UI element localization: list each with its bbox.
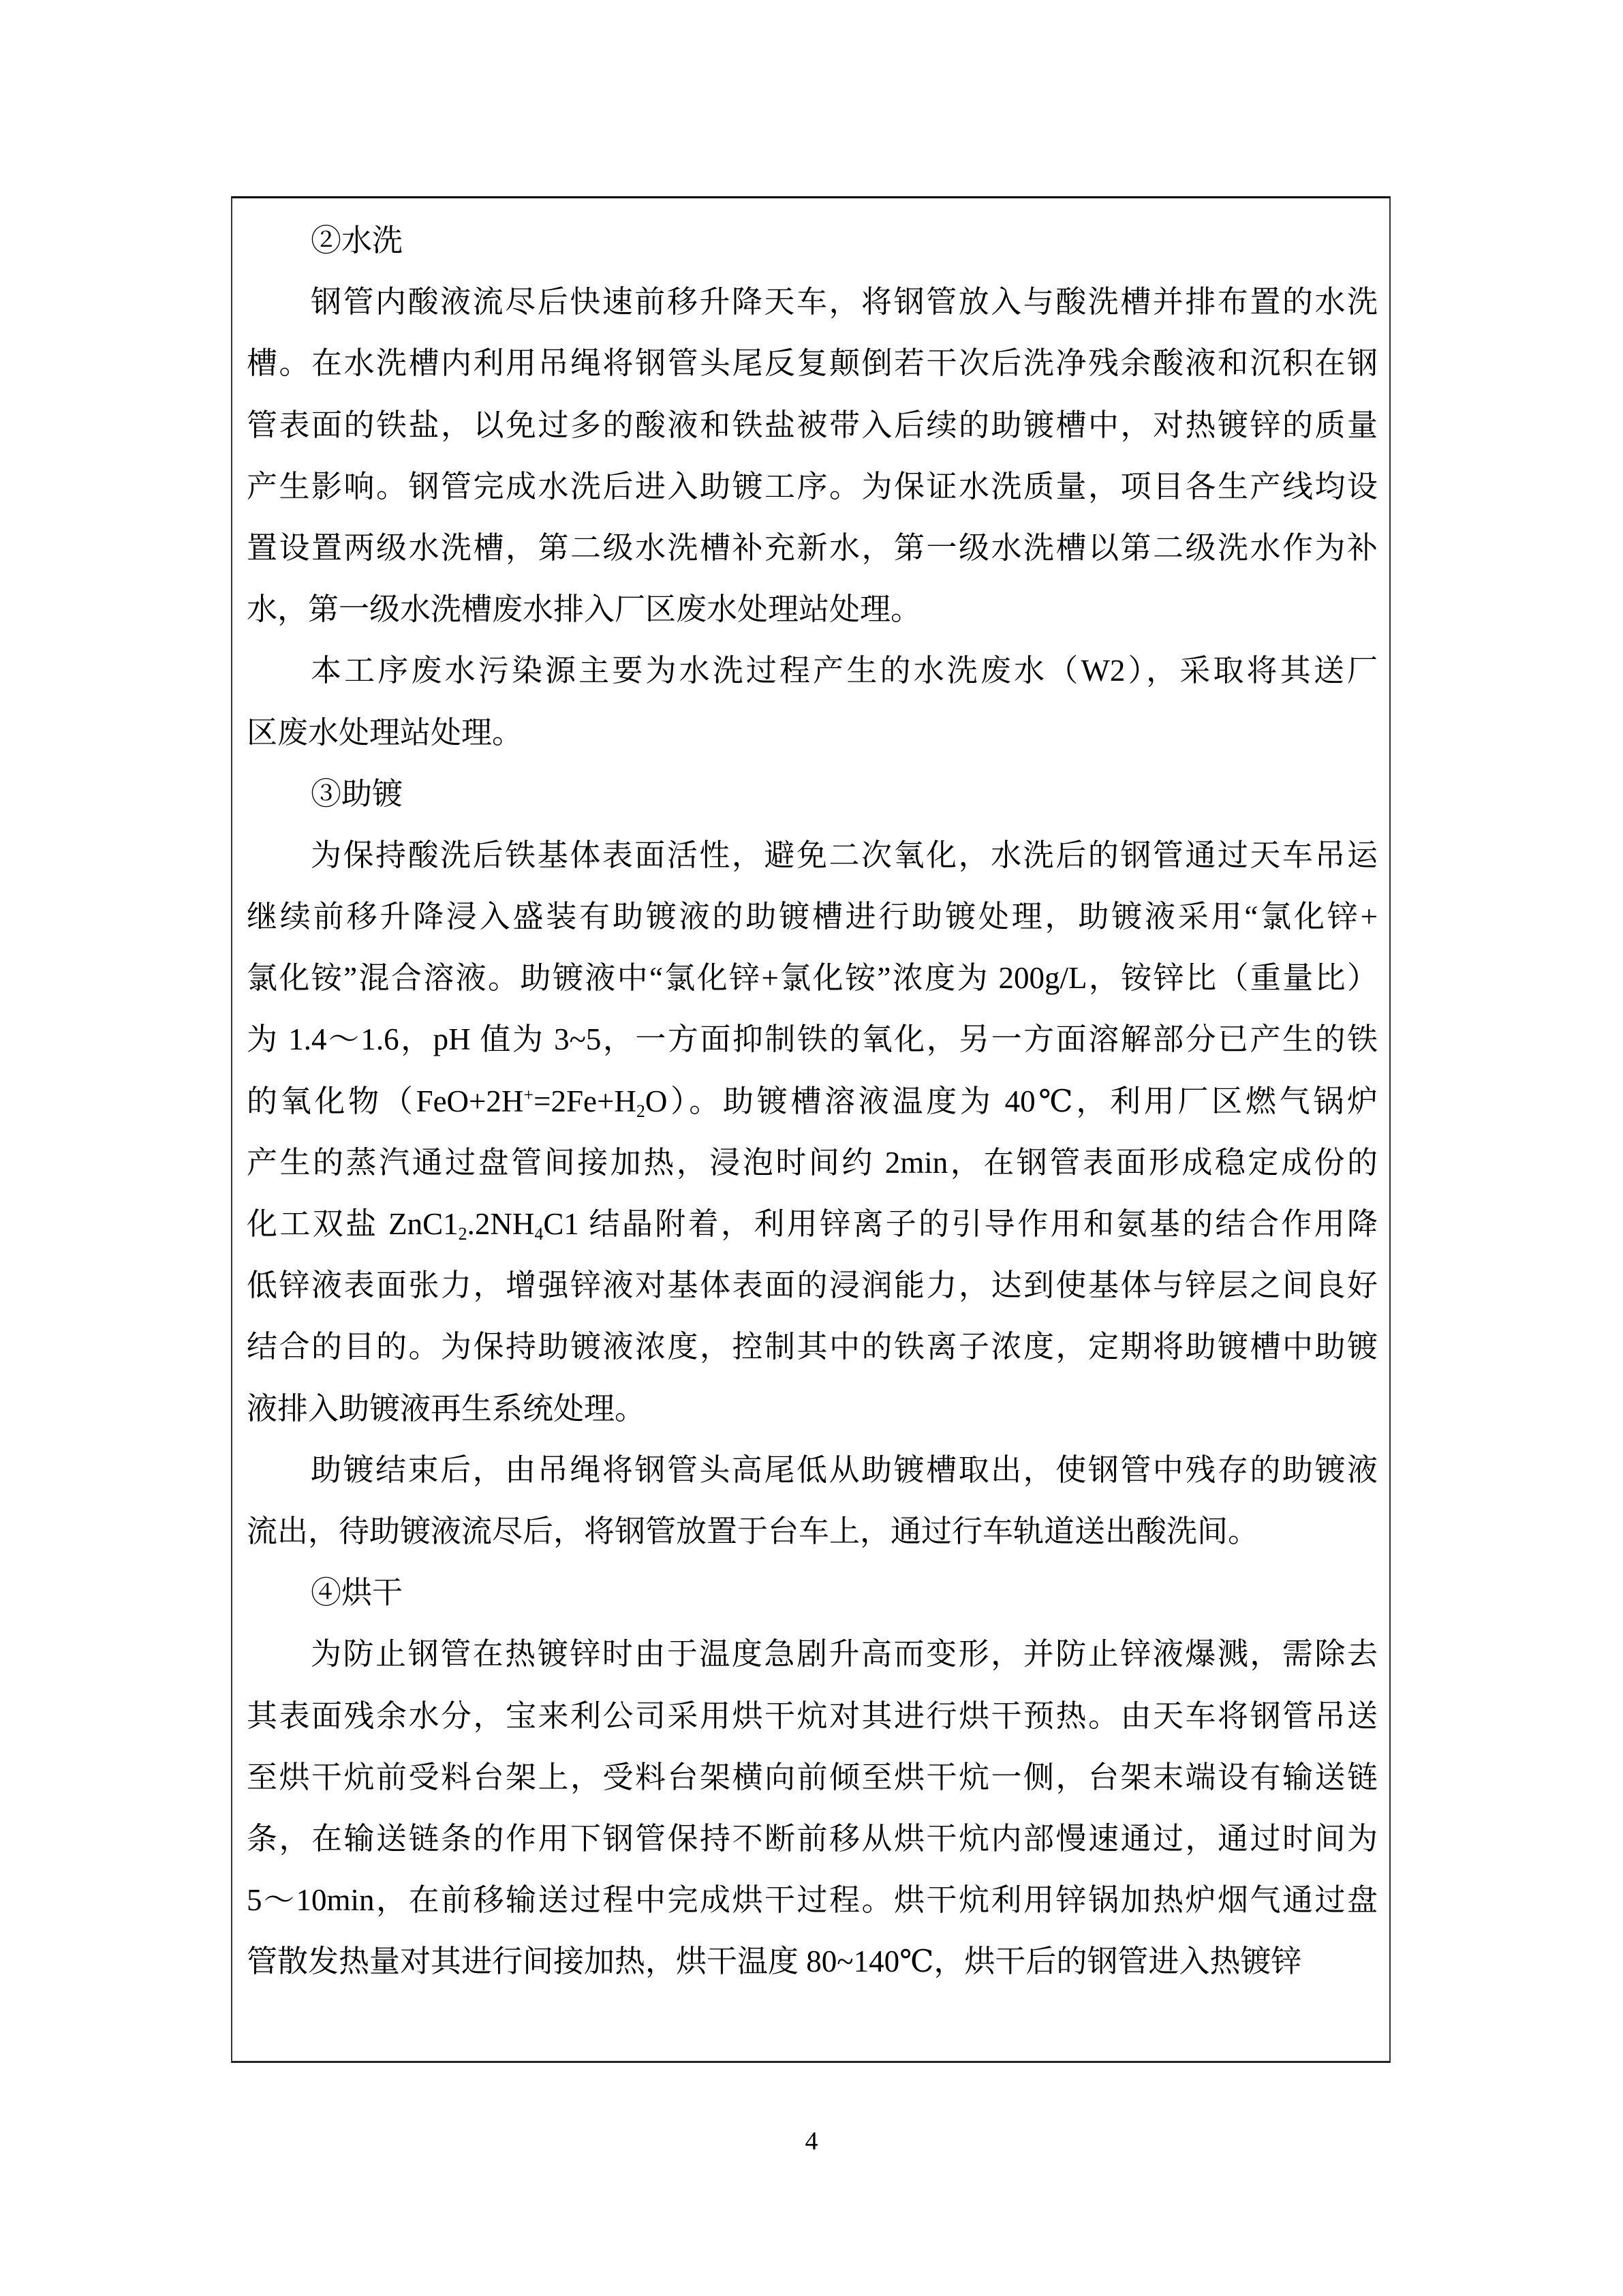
paragraph-line: 液排入助镀液再生系统处理。 bbox=[247, 1388, 1378, 1449]
paragraph-line: 氯化铵”混合溶液。助镀液中“氯化锌+氯化铵”浓度为 200g/L，铵锌比（重量比… bbox=[247, 957, 1378, 1018]
text-run: 的氧化物（FeO+2H bbox=[247, 1084, 523, 1118]
text-run: 助镀结束后，由吊绳将钢管头高尾低从助镀槽取出，使钢管中残存的助镀液 bbox=[311, 1453, 1378, 1487]
paragraph-line: 为保持酸洗后铁基体表面活性，避免二次氧化，水洗后的钢管通过天车吊运 bbox=[247, 834, 1378, 896]
subscript-text: 2 bbox=[459, 1224, 467, 1244]
paragraph-line: 化工双盐 ZnC12.2NH4C1 结晶附着，利用锌离子的引导作用和氨基的结合作… bbox=[247, 1203, 1378, 1264]
text-run: 槽。在水洗槽内利用吊绳将钢管头尾反复颠倒若干次后洗净残余酸液和沉积在钢 bbox=[247, 346, 1378, 380]
text-run: 置设置两级水洗槽，第二级水洗槽补充新水，第一级水洗槽以第二级洗水作为补 bbox=[247, 531, 1378, 565]
text-run: 钢管内酸液流尽后快速前移升降天车，将钢管放入与酸洗槽并排布置的水洗 bbox=[311, 285, 1378, 319]
text-run: 为 1.4～1.6，pH 值为 3~5，一方面抑制铁的氧化，另一方面溶解部分已产… bbox=[247, 1022, 1378, 1056]
text-run: =2Fe+H bbox=[534, 1084, 636, 1118]
paragraph-line: 低锌液表面张力，增强锌液对基体表面的浸润能力，达到使基体与锌层之间良好 bbox=[247, 1264, 1378, 1326]
paragraph-line: 槽。在水洗槽内利用吊绳将钢管头尾反复颠倒若干次后洗净残余酸液和沉积在钢 bbox=[247, 342, 1378, 403]
section-heading: ③助镀 bbox=[247, 773, 1378, 834]
paragraph-line: 置设置两级水洗槽，第二级水洗槽补充新水，第一级水洗槽以第二级洗水作为补 bbox=[247, 527, 1378, 588]
paragraph-line: 产生影响。钢管完成水洗后进入助镀工序。为保证水洗质量，项目各生产线均设 bbox=[247, 465, 1378, 527]
text-run: 水，第一级水洗槽废水排入厂区废水处理站处理。 bbox=[247, 592, 921, 626]
paragraph-line: 产生的蒸汽通过盘管间接加热，浸泡时间约 2min，在钢管表面形成稳定成份的 bbox=[247, 1142, 1378, 1203]
subscript-text: 2 bbox=[636, 1101, 645, 1121]
text-run: 液排入助镀液再生系统处理。 bbox=[247, 1392, 645, 1426]
text-run: 5～10min，在前移输送过程中完成烘干过程。烘干炕利用锌锅加热炉烟气通过盘 bbox=[247, 1883, 1378, 1917]
paragraph-line: 本工序废水污染源主要为水洗过程产生的水洗废水（W2），采取将其送厂 bbox=[247, 649, 1378, 711]
paragraph-line: 条，在输送链条的作用下钢管保持不断前移从烘干炕内部慢速通过，通过时间为 bbox=[247, 1818, 1378, 1879]
page-number: 4 bbox=[0, 2126, 1623, 2156]
section-heading: ②水洗 bbox=[247, 219, 1378, 281]
paragraph-line: 5～10min，在前移输送过程中完成烘干过程。烘干炕利用锌锅加热炉烟气通过盘 bbox=[247, 1879, 1378, 1940]
text-run: 为防止钢管在热镀锌时由于温度急剧升高而变形，并防止锌液爆溅，需除去 bbox=[311, 1637, 1378, 1671]
text-run: 区废水处理站处理。 bbox=[247, 716, 523, 750]
text-run: 产生影响。钢管完成水洗后进入助镀工序。为保证水洗质量，项目各生产线均设 bbox=[247, 470, 1378, 504]
text-run: 低锌液表面张力，增强锌液对基体表面的浸润能力，达到使基体与锌层之间良好 bbox=[247, 1268, 1378, 1302]
text-run: .2NH bbox=[467, 1207, 535, 1241]
paragraph-line: 助镀结束后，由吊绳将钢管头高尾低从助镀槽取出，使钢管中残存的助镀液 bbox=[247, 1449, 1378, 1510]
paragraph-line: 继续前移升降浸入盛装有助镀液的助镀槽进行助镀处理，助镀液采用“氯化锌+ bbox=[247, 896, 1378, 957]
text-run: 为保持酸洗后铁基体表面活性，避免二次氧化，水洗后的钢管通过天车吊运 bbox=[311, 838, 1378, 872]
superscript-text: + bbox=[523, 1085, 534, 1105]
text-run: 至烘干炕前受料台架上，受料台架横向前倾至烘干炕一侧，台架末端设有输送链 bbox=[247, 1760, 1378, 1794]
text-run: O）。助镀槽溶液温度为 40℃，利用厂区燃气锅炉 bbox=[645, 1084, 1378, 1118]
paragraph-line: 的氧化物（FeO+2H+=2Fe+H2O）。助镀槽溶液温度为 40℃，利用厂区燃… bbox=[247, 1080, 1378, 1142]
paragraph-line: 流出，待助镀液流尽后，将钢管放置于台车上，通过行车轨道送出酸洗间。 bbox=[247, 1510, 1378, 1572]
paragraph-line: 钢管内酸液流尽后快速前移升降天车，将钢管放入与酸洗槽并排布置的水洗 bbox=[247, 281, 1378, 342]
paragraph-line: 其表面残余水分，宝来利公司采用烘干炕对其进行烘干预热。由天车将钢管吊送 bbox=[247, 1695, 1378, 1756]
text-run: 继续前移升降浸入盛装有助镀液的助镀槽进行助镀处理，助镀液采用“氯化锌+ bbox=[247, 900, 1378, 934]
paragraph-line: 管表面的铁盐，以免过多的酸液和铁盐被带入后续的助镀槽中，对热镀锌的质量 bbox=[247, 404, 1378, 465]
text-run: 结合的目的。为保持助镀液浓度，控制其中的铁离子浓度，定期将助镀槽中助镀 bbox=[247, 1330, 1378, 1364]
text-run: 其表面残余水分，宝来利公司采用烘干炕对其进行烘干预热。由天车将钢管吊送 bbox=[247, 1699, 1378, 1733]
paragraph-line: 结合的目的。为保持助镀液浓度，控制其中的铁离子浓度，定期将助镀槽中助镀 bbox=[247, 1326, 1378, 1387]
paragraph-line: 区废水处理站处理。 bbox=[247, 711, 1378, 773]
paragraph-line: 为 1.4～1.6，pH 值为 3~5，一方面抑制铁的氧化，另一方面溶解部分已产… bbox=[247, 1018, 1378, 1080]
text-run: 产生的蒸汽通过盘管间接加热，浸泡时间约 2min，在钢管表面形成稳定成份的 bbox=[247, 1146, 1378, 1180]
text-run: 管表面的铁盐，以免过多的酸液和铁盐被带入后续的助镀槽中，对热镀锌的质量 bbox=[247, 408, 1378, 442]
text-run: 化工双盐 ZnC1 bbox=[247, 1207, 459, 1241]
text-run: 条，在输送链条的作用下钢管保持不断前移从烘干炕内部慢速通过，通过时间为 bbox=[247, 1822, 1378, 1856]
subscript-text: 4 bbox=[534, 1224, 543, 1244]
paragraph-line: 为防止钢管在热镀锌时由于温度急剧升高而变形，并防止锌液爆溅，需除去 bbox=[247, 1633, 1378, 1694]
document-body: ②水洗钢管内酸液流尽后快速前移升降天车，将钢管放入与酸洗槽并排布置的水洗槽。在水… bbox=[247, 219, 1378, 2002]
paragraph-line: 至烘干炕前受料台架上，受料台架横向前倾至烘干炕一侧，台架末端设有输送链 bbox=[247, 1756, 1378, 1818]
text-run: 流出，待助镀液流尽后，将钢管放置于台车上，通过行车轨道送出酸洗间。 bbox=[247, 1514, 1258, 1548]
paragraph-line: 水，第一级水洗槽废水排入厂区废水处理站处理。 bbox=[247, 588, 1378, 649]
text-run: 氯化铵”混合溶液。助镀液中“氯化锌+氯化铵”浓度为 200g/L，铵锌比（重量比… bbox=[247, 961, 1378, 995]
section-heading: ④烘干 bbox=[247, 1572, 1378, 1633]
text-run: 管散发热量对其进行间接加热，烘干温度 80~140℃，烘干后的钢管进入热镀锌 bbox=[247, 1944, 1301, 1978]
text-run: C1 结晶附着，利用锌离子的引导作用和氨基的结合作用降 bbox=[543, 1207, 1378, 1241]
paragraph-line: 管散发热量对其进行间接加热，烘干温度 80~140℃，烘干后的钢管进入热镀锌 bbox=[247, 1940, 1378, 2002]
text-run: 本工序废水污染源主要为水洗过程产生的水洗废水（W2），采取将其送厂 bbox=[311, 654, 1378, 688]
